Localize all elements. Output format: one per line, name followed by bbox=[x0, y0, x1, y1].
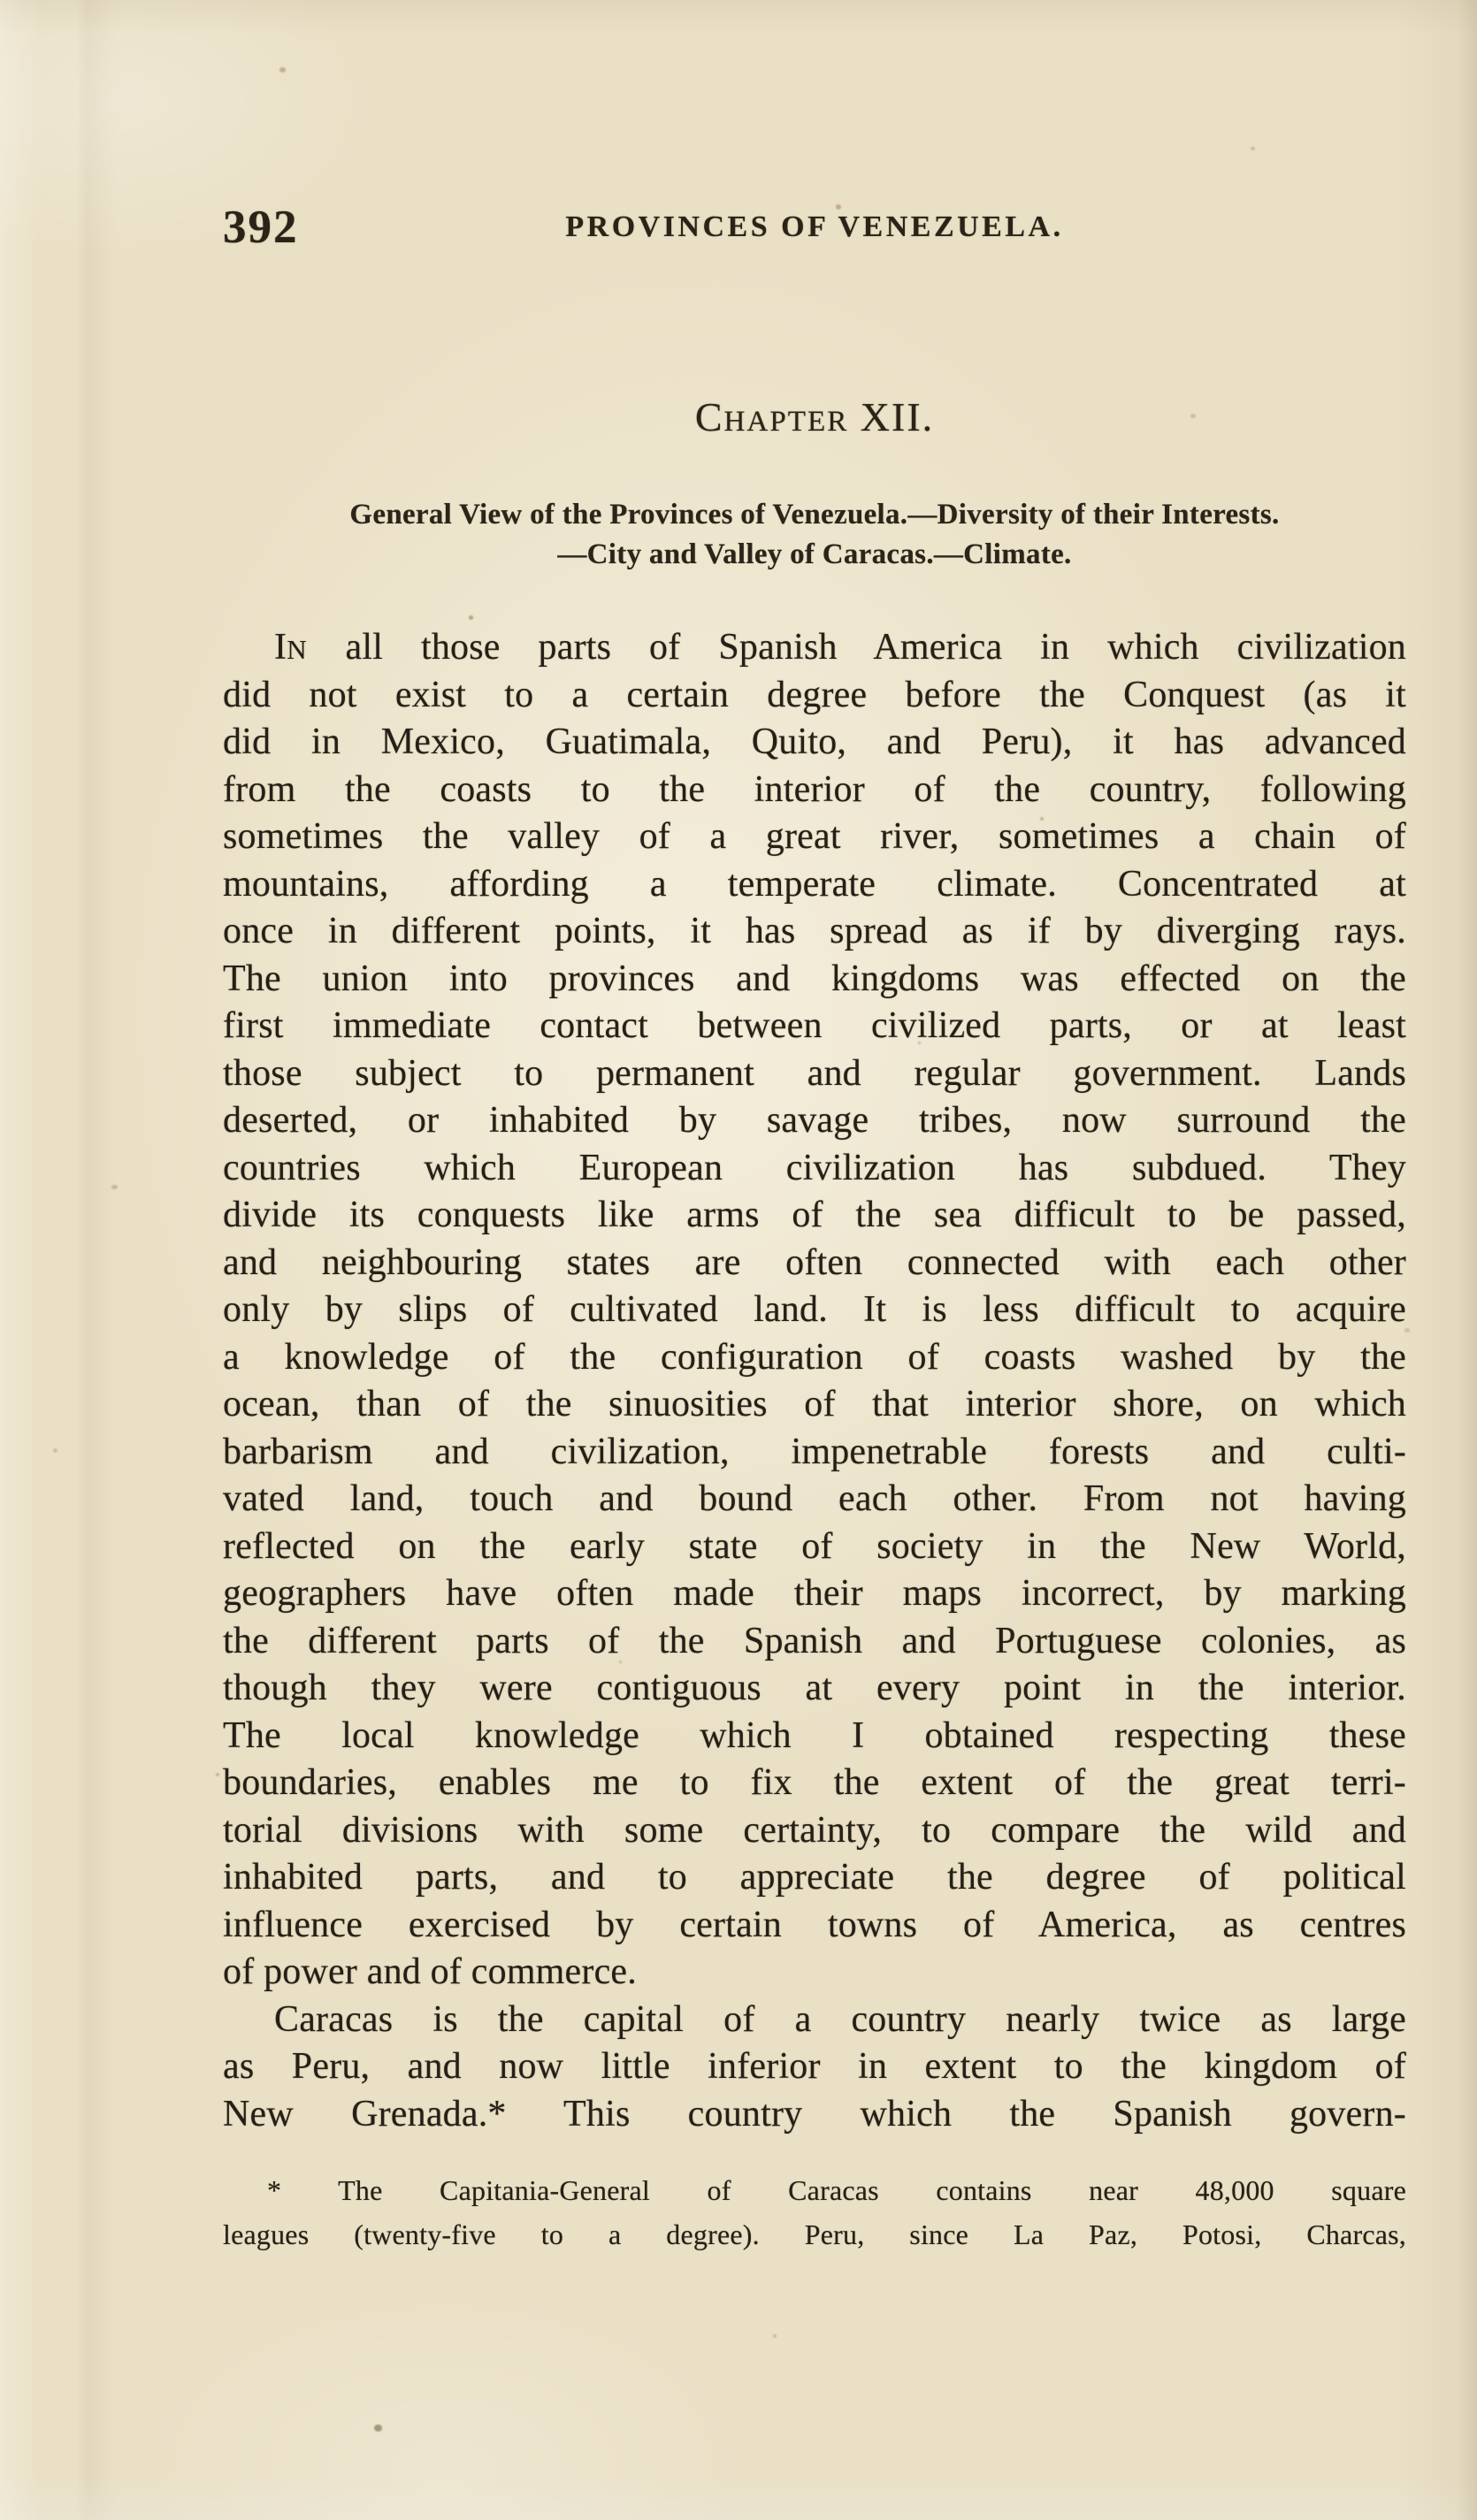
text-line: the different parts of the Spanish and P… bbox=[223, 1618, 1406, 1666]
text-line: though they were contiguous at every poi… bbox=[223, 1665, 1406, 1713]
text-line: influence exercised by certain towns of … bbox=[223, 1902, 1406, 1950]
text-line: New Grenada.* This country which the Spa… bbox=[223, 2091, 1406, 2139]
text-line-opening: IN all those parts of Spanish America in… bbox=[223, 624, 1406, 672]
text-line: boundaries, enables me to fix the extent… bbox=[223, 1760, 1406, 1807]
text-line: The union into provinces and kingdoms wa… bbox=[223, 956, 1406, 1004]
text-line: first immediate contact between civilize… bbox=[223, 1003, 1406, 1050]
paper-speck bbox=[111, 1185, 118, 1189]
body-text: IN all those parts of Spanish America in… bbox=[223, 624, 1406, 2138]
synopsis-line: General View of the Provinces of Venezue… bbox=[223, 495, 1406, 535]
synopsis-line: —City and Valley of Caracas.—Climate. bbox=[223, 535, 1406, 575]
text-line: sometimes the valley of a great river, s… bbox=[223, 813, 1406, 861]
chapter-smallcaps: HAPTER bbox=[724, 405, 849, 438]
text-line: those subject to permanent and regular g… bbox=[223, 1050, 1406, 1098]
text-line: of power and of commerce. bbox=[223, 1949, 1406, 1997]
chapter-synopsis: General View of the Provinces of Venezue… bbox=[223, 495, 1406, 575]
paper-speck bbox=[53, 1448, 57, 1453]
opening-rest: all those parts of Spanish America in wh… bbox=[308, 627, 1406, 668]
text-line: and neighbouring states are often connec… bbox=[223, 1240, 1406, 1287]
paper-speck bbox=[836, 204, 841, 210]
footnote-line: * The Capitania-General of Caracas conta… bbox=[223, 2168, 1406, 2212]
text-line: geographers have often made their maps i… bbox=[223, 1570, 1406, 1618]
text-line: Caracas is the capital of a country near… bbox=[223, 1997, 1406, 2044]
text-line: did not exist to a certain degree before… bbox=[223, 672, 1406, 720]
text-line: vated land, touch and bound each other. … bbox=[223, 1476, 1406, 1523]
text-line: did in Mexico, Guatimala, Quito, and Per… bbox=[223, 719, 1406, 767]
text-line: deserted, or inhabited by savage tribes,… bbox=[223, 1097, 1406, 1145]
body-lines: did not exist to a certain degree before… bbox=[223, 672, 1406, 2139]
text-line: ocean, than of the sinuosities of that i… bbox=[223, 1381, 1406, 1429]
text-line: inhabited parts, and to appreciate the d… bbox=[223, 1854, 1406, 1902]
text-line: from the coasts to the interior of the c… bbox=[223, 767, 1406, 814]
text-line: a knowledge of the configuration of coas… bbox=[223, 1334, 1406, 1382]
footnote-line: leagues (twenty-five to a degree). Peru,… bbox=[223, 2212, 1406, 2257]
paper-speck bbox=[773, 2334, 777, 2338]
opening-smallcap: N bbox=[287, 634, 307, 665]
text-line: once in different points, it has spread … bbox=[223, 908, 1406, 956]
text-line: The local knowledge which I obtained res… bbox=[223, 1713, 1406, 1760]
running-header-title: PROVINCES OF VENEZUELA. bbox=[223, 212, 1406, 242]
opening-initial: I bbox=[274, 627, 287, 668]
paper-speck bbox=[1251, 147, 1255, 150]
text-line: countries which European civilization ha… bbox=[223, 1145, 1406, 1193]
chapter-numeral: XII. bbox=[848, 394, 934, 439]
text-line: mountains, affording a temperate climate… bbox=[223, 861, 1406, 909]
chapter-initial: C bbox=[695, 394, 724, 439]
text-line: torial divisions with some certainty, to… bbox=[223, 1807, 1406, 1855]
footnote-lines: * The Capitania-General of Caracas conta… bbox=[223, 2168, 1406, 2257]
footnote: * The Capitania-General of Caracas conta… bbox=[223, 2168, 1406, 2257]
paper-speck bbox=[374, 2425, 382, 2432]
paper-speck bbox=[216, 1773, 219, 1776]
text-line: barbarism and civilization, impenetrable… bbox=[223, 1429, 1406, 1477]
chapter-heading: CHAPTER XII. bbox=[223, 397, 1406, 438]
text-line: divide its conquests like arms of the se… bbox=[223, 1192, 1406, 1240]
paper-speck bbox=[279, 67, 286, 73]
text-line: reflected on the early state of society … bbox=[223, 1523, 1406, 1571]
text-line: only by slips of cultivated land. It is … bbox=[223, 1287, 1406, 1334]
paper-speck bbox=[469, 615, 473, 620]
text-line: as Peru, and now little inferior in exte… bbox=[223, 2043, 1406, 2091]
scanned-book-page: 392 PROVINCES OF VENEZUELA. CHAPTER XII.… bbox=[0, 0, 1477, 2520]
